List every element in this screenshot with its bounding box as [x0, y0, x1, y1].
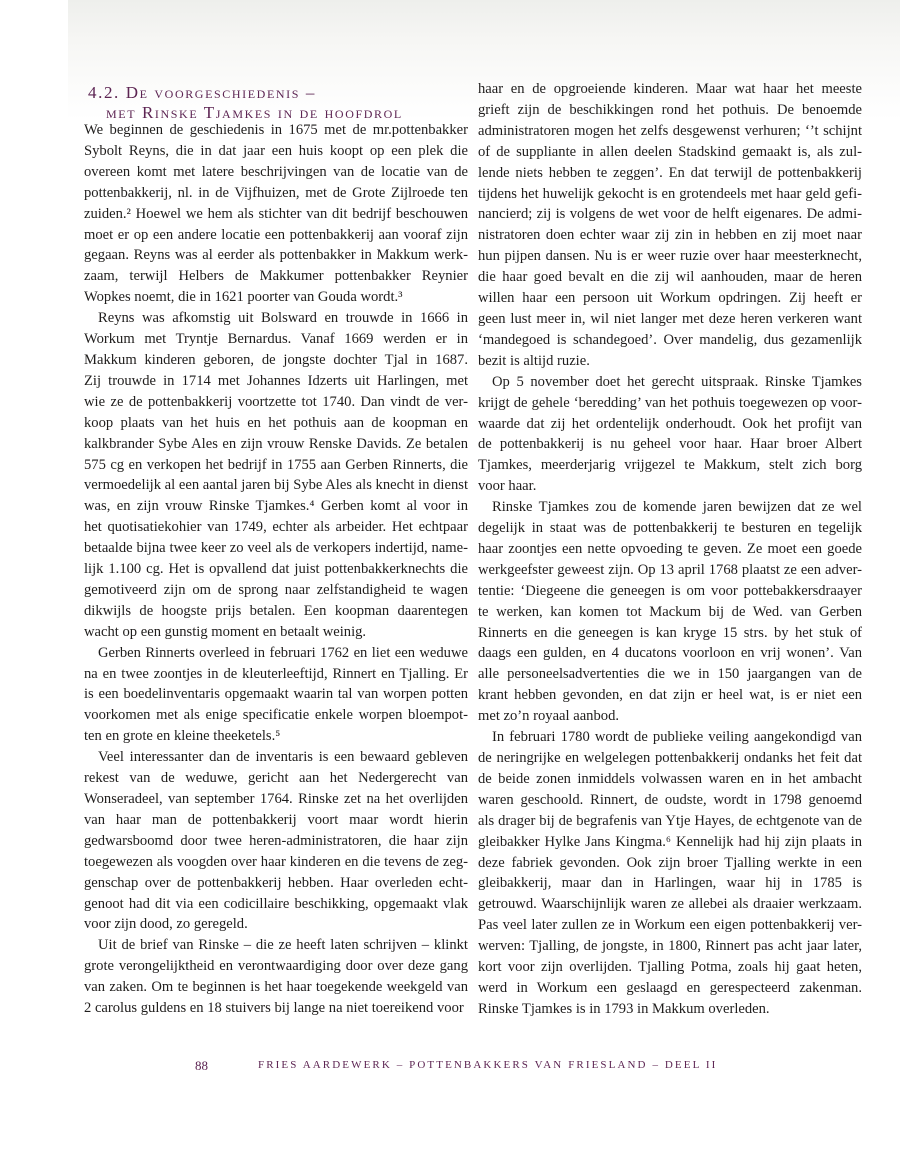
text-line: Wopkes noemt, die in 1621 poorter van Go… [84, 287, 468, 308]
text-line: gegaan. Reyns was al eerder als pottenba… [84, 245, 468, 266]
text-line: lijk 1.100 cg. Het is opvallend dat juis… [84, 559, 468, 580]
text-line: gedwarsboomd door twee heren-administrat… [84, 831, 468, 852]
text-line: grieft zijn de beschikkingen rond het po… [478, 100, 862, 121]
text-line: betaalde bijna twee keer zo veel als de … [84, 538, 468, 559]
text-line: waarde dat zij het ordentelijk onderhoud… [478, 414, 862, 435]
text-line: Workum met Tryntje Bernardus. Vanaf 1669… [84, 329, 468, 350]
text-line: na en twee zoontjes in de kleuterleeftij… [84, 664, 468, 685]
text-line: is een boedelinventaris opgemaakt waarin… [84, 684, 468, 705]
text-line: geen lust meer in, wil niet langer met d… [478, 309, 862, 330]
text-line: ten en grote en kleine theeketels.⁵ [84, 726, 468, 747]
text-line: zaam, terwijl Helbers de Makkumer potten… [84, 266, 468, 287]
text-line: deze fabriek gevonden. Ook zijn broer Tj… [478, 853, 862, 874]
paragraph: Rinske Tjamkes zou de komende jaren bewi… [478, 497, 862, 727]
text-line: lende niets hebben te zeggen’. En dat te… [478, 163, 862, 184]
paragraph: haar en de opgroeiende kinderen. Maar wa… [478, 79, 862, 372]
text-line: ‘mandegoed is schandegoed’. Over mandeli… [478, 330, 862, 351]
text-line: 575 cg en verkopen het bedrijf in 1755 a… [84, 455, 468, 476]
text-line: nancierd; zij is volgens de wet voor de … [478, 204, 862, 225]
text-line: pottenbakkerij, nl. in de Vijfhuizen, me… [84, 183, 468, 204]
text-line: Pas veel later zullen ze in Workum een e… [478, 915, 862, 936]
text-line: nistratoren doen echter waar zij zin in … [478, 225, 862, 246]
text-line: haar en de opgroeiende kinderen. Maar wa… [478, 79, 862, 100]
text-line: tentie: ‘Diegeene die geneegen is om voo… [478, 581, 862, 602]
text-line: genoot had dit via een codicillaire besc… [84, 894, 468, 915]
running-title: FRIES AARDEWERK – POTTENBAKKERS VAN FRIE… [258, 1059, 717, 1071]
text-line: tijdens het huwelijk gekocht is en grote… [478, 184, 862, 205]
text-line: genschap over de pottenbakkerij hebben. … [84, 873, 468, 894]
text-line: toegewezen als voogden over haar kindere… [84, 852, 468, 873]
paragraph: Veel interessanter dan de inventaris is … [84, 747, 468, 935]
text-line: vermoedelijk al een aantal jaren bij Syb… [84, 475, 468, 496]
text-line: bezit is altijd ruzie. [478, 351, 862, 372]
text-line: krant hebben gevonden, en dat zijn er he… [478, 685, 862, 706]
left-column: We beginnen de geschiedenis in 1675 met … [84, 120, 468, 1019]
text-line: waren geschoold. Rinnert, de oudste, wor… [478, 790, 862, 811]
text-line: haar zoontjes een nette opvoeding te gev… [478, 539, 862, 560]
text-line: getrouwd. Waarschijnlijk waren ze allebe… [478, 894, 862, 915]
text-line: administratoren mogen het zelfs desgewen… [478, 121, 862, 142]
text-line: koop plaats van het huis en het pothuis … [84, 413, 468, 434]
text-line: Makkum kinderen geboren, de jongste doch… [84, 350, 468, 371]
text-line: moet er op een andere locatie een potten… [84, 225, 468, 246]
text-line: Gerben Rinnerts overleed in februari 176… [84, 643, 468, 664]
text-line: krijgt de gehele ‘beredding’ van het pot… [478, 393, 862, 414]
text-line: willen haar een persoon uit Workum opdri… [478, 288, 862, 309]
text-line: was, en zijn vrouw Rinske Tjamkes.⁴ Gerb… [84, 496, 468, 517]
paragraph: In februari 1780 wordt de publieke veili… [478, 727, 862, 1020]
text-line: wie ze de pottenbakkerij voortzette tot … [84, 392, 468, 413]
text-line: dikwijls de hoogste prijs betalen. Een k… [84, 601, 468, 622]
text-line: gleibakker Hylke Jans Kingma.⁶ Kennelijk… [478, 832, 862, 853]
text-line: hun pijpen dansen. Nu is er weer ruzie o… [478, 246, 862, 267]
text-line: te werken, kan komen tot Mackum bij de W… [478, 602, 862, 623]
text-line: de pottenbakkerij is nu geheel voor haar… [478, 434, 862, 455]
text-line: zuiden.² Hoewel we hem als stichter van … [84, 204, 468, 225]
text-line: alle personeelsadvertenties die we in 15… [478, 664, 862, 685]
text-line: met zo’n royaal aanbod. [478, 706, 862, 727]
text-line: gemotiveerd zijn om de sprong naar zelfs… [84, 580, 468, 601]
text-line: van zaken. Om te beginnen is het haar to… [84, 977, 468, 998]
text-line: kalkbrander Sybe Ales en zijn vrouw Rens… [84, 434, 468, 455]
text-line: voorkomen met als enige specificatie enk… [84, 705, 468, 726]
paragraph: We beginnen de geschiedenis in 1675 met … [84, 120, 468, 308]
paragraph: Op 5 november doet het gerecht uitspraak… [478, 372, 862, 497]
text-line: voor zijn dood, zo geregeld. [84, 914, 468, 935]
text-line: werven: Tjalling, de jongste, in 1800, R… [478, 936, 862, 957]
text-line: als drager bij de begrafenis van Ytje Ha… [478, 811, 862, 832]
text-line: gleibakkerij, maar dan in Harlingen, waa… [478, 873, 862, 894]
text-line: het quotisatiekohier van 1749, echter al… [84, 517, 468, 538]
text-line: Zij trouwde in 1714 met Johannes Idzerts… [84, 371, 468, 392]
page-number: 88 [195, 1058, 208, 1074]
text-line: We beginnen de geschiedenis in 1675 met … [84, 120, 468, 141]
text-line: of de suppliante in allen deelen Stadski… [478, 142, 862, 163]
text-line: Uit de brief van Rinske – die ze heeft l… [84, 935, 468, 956]
text-line: Rinske Tjamkes zou de komende jaren bewi… [478, 497, 862, 518]
text-line: Sybolt Reyns, die in dat jaar een huis k… [84, 141, 468, 162]
text-line: grote verongelijktheid en verontwaardigi… [84, 956, 468, 977]
text-line: rekest van de weduwe, gericht aan het Ne… [84, 768, 468, 789]
section-heading: 4.2. De voorgeschiedenis – met Rinske Tj… [88, 83, 468, 123]
text-line: werd in Workum een geslaagd en gerespect… [478, 978, 862, 999]
paragraph: Uit de brief van Rinske – die ze heeft l… [84, 935, 468, 1019]
text-line: daags een gulden, en 4 ducatons voorloon… [478, 643, 862, 664]
text-line: de neringrijke en welgelegen pottenbakke… [478, 748, 862, 769]
text-line: degelijk in staat was de pottenbakkerij … [478, 518, 862, 539]
right-column: haar en de opgroeiende kinderen. Maar wa… [478, 79, 862, 1020]
text-line: In februari 1780 wordt de publieke veili… [478, 727, 862, 748]
text-line: overeen komt met latere beschrijvingen v… [84, 162, 468, 183]
paragraph: Reyns was afkomstig uit Bolsward en trou… [84, 308, 468, 643]
text-line: voor haar. [478, 476, 862, 497]
text-line: Rinske Tjamkes is in 1793 in Makkum over… [478, 999, 862, 1020]
text-line: Rinnerts en die geneegen is kan kryge 15… [478, 623, 862, 644]
paragraph: Gerben Rinnerts overleed in februari 176… [84, 643, 468, 748]
text-line: Veel interessanter dan de inventaris is … [84, 747, 468, 768]
text-line: kort voor zijn overlijden. Tjalling Potm… [478, 957, 862, 978]
text-line: 2 carolus guldens en 18 stuivers bij lan… [84, 998, 468, 1019]
text-line: Wonseradeel, van september 1764. Rinske … [84, 789, 468, 810]
text-line: Tjamkes, meerderjarig vrijgezel te Makku… [478, 455, 862, 476]
text-line: wacht op een gunstig moment en betaalt w… [84, 622, 468, 643]
text-line: die haar goed bevalt en die zij wil aanh… [478, 267, 862, 288]
text-line: werkgeefster geweest zijn. Op 13 april 1… [478, 560, 862, 581]
section-heading-line-1: 4.2. De voorgeschiedenis – [88, 83, 468, 103]
text-line: Op 5 november doet het gerecht uitspraak… [478, 372, 862, 393]
text-line: de beide zonen inmiddels volwassen waren… [478, 769, 862, 790]
text-line: Reyns was afkomstig uit Bolsward en trou… [84, 308, 468, 329]
text-line: van haar man de pottenbakkerij voort maa… [84, 810, 468, 831]
